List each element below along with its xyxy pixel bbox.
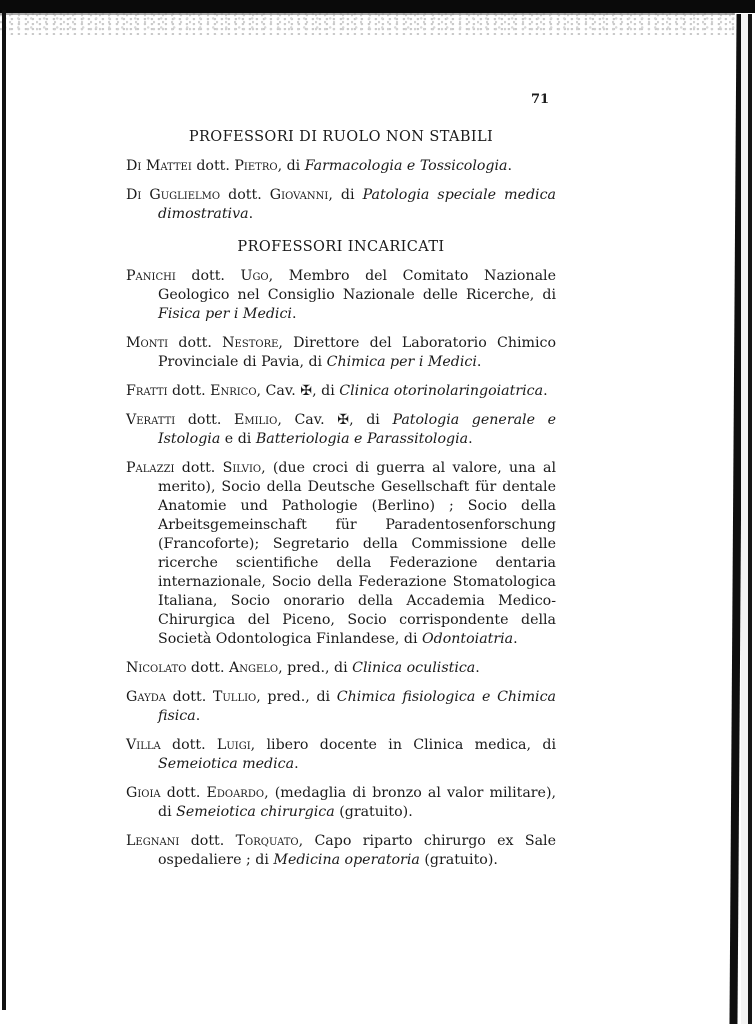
list-item: Gayda dott. Tullio, pred., di Chimica fi…	[126, 688, 556, 726]
surname: Monti	[126, 335, 168, 351]
surname: Di Mattei	[126, 158, 192, 174]
list-item: Veratti dott. Emilio, Cav. ✠, di Patolog…	[126, 411, 556, 449]
list-item: Monti dott. Nestore, Direttore del Labor…	[126, 334, 556, 372]
list-item: Villa dott. Luigi, libero docente in Cli…	[126, 736, 556, 774]
surname: Gioia	[126, 785, 161, 801]
list-item: Legnani dott. Torquato, Capo riparto chi…	[126, 832, 556, 870]
subject: Chimica per i Medici	[327, 354, 477, 370]
surname: Veratti	[126, 412, 175, 428]
given-name: Enrico	[210, 383, 256, 399]
subject: Clinica otorinolaringoiatrica	[339, 383, 543, 399]
subject: Odontoiatria	[422, 631, 513, 647]
surname: Villa	[126, 737, 161, 753]
scan-left-border	[2, 10, 6, 1010]
list-item: Palazzi dott. Silvio, (due croci di guer…	[126, 459, 556, 649]
given-name: Luigi	[217, 737, 251, 753]
given-name: Tullio	[213, 689, 256, 705]
subject: Fisica per i Medici	[158, 306, 292, 322]
scan-right-margin	[741, 14, 748, 1024]
given-name: Ugo	[240, 268, 268, 284]
scan-top-border	[0, 0, 755, 13]
subject: Clinica oculistica	[352, 660, 475, 676]
surname: Gayda	[126, 689, 166, 705]
list-item: Fratti dott. Enrico, Cav. ✠, di Clinica …	[126, 382, 556, 401]
given-name: Emilio	[234, 412, 277, 428]
list-item: Di Mattei dott. Pietro, di Farmacologia …	[126, 157, 556, 176]
page-number: 71	[531, 92, 549, 107]
given-name: Giovanni	[270, 187, 329, 203]
subject: Medicina operatoria	[273, 852, 419, 868]
list-item: Panichi dott. Ugo, Membro del Comitato N…	[126, 267, 556, 324]
surname: Legnani	[126, 833, 179, 849]
section-heading: PROFESSORI INCARICATI	[126, 238, 556, 257]
given-name: Angelo	[229, 660, 278, 676]
surname: Palazzi	[126, 460, 174, 476]
subject: Semeiotica medica	[158, 756, 294, 772]
list-item: Gioia dott. Edoardo, (medaglia di bronzo…	[126, 784, 556, 822]
surname: Di Guglielmo	[126, 187, 220, 203]
scan-right-edge	[748, 14, 752, 1024]
section-heading: PROFESSORI DI RUOLO NON STABILI	[126, 128, 556, 147]
given-name: Torquato	[236, 833, 299, 849]
given-name: Silvio	[223, 460, 262, 476]
subject: Batteriologia e Parassitologia	[256, 431, 468, 447]
given-name: Pietro	[234, 158, 277, 174]
given-name: Edoardo	[207, 785, 265, 801]
page-content: PROFESSORI DI RUOLO NON STABILI Di Matte…	[126, 128, 556, 880]
subject: Farmacologia e Tossicologia	[305, 158, 508, 174]
subject: Semeiotica chirurgica	[176, 804, 335, 820]
list-item: Nicolato dott. Angelo, pred., di Clinica…	[126, 659, 556, 678]
given-name: Nestore	[222, 335, 278, 351]
surname: Panichi	[126, 268, 176, 284]
scan-noise	[0, 13, 735, 35]
surname: Nicolato	[126, 660, 186, 676]
surname: Fratti	[126, 383, 168, 399]
list-item: Di Guglielmo dott. Giovanni, di Patologi…	[126, 186, 556, 224]
